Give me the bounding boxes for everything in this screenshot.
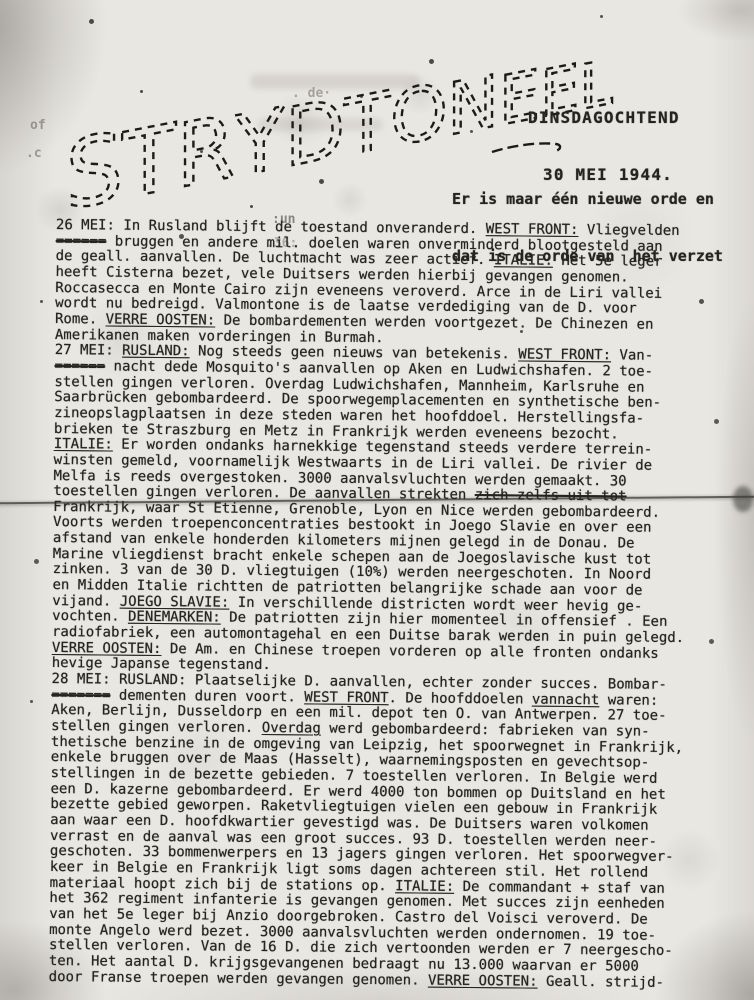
- bleedthrough-text-2: .c: [26, 146, 42, 161]
- bleedthrough-text-4: . de·: [292, 86, 331, 101]
- dateline-day: DINSDAGOCHTEND: [528, 108, 680, 127]
- bleedthrough-text-1: of: [30, 118, 46, 133]
- paper-crease-edge-mark: [733, 486, 753, 512]
- scanned-newsletter-page: STRYDTONEEL DINSDAGOCHTEND 30 MEI 1944. …: [0, 0, 754, 1000]
- newsletter-body: 26 MEI: In Rusland blijft de toestand on…: [49, 218, 746, 992]
- motto-line-1: Er is maar één nieuwe orde en: [452, 190, 723, 209]
